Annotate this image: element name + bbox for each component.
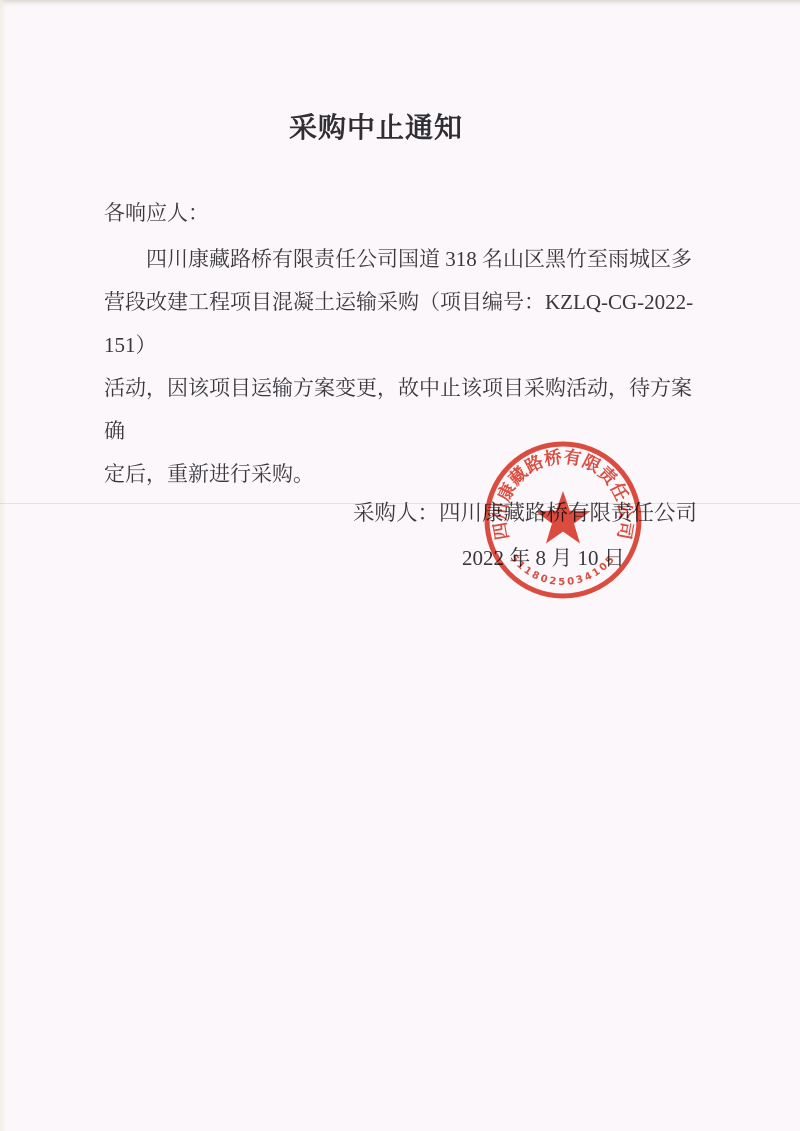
scanned-notice-page: 采购中止通知 各响应人： 四川康藏路桥有限责任公司国道 318 名山区黑竹至雨城… bbox=[0, 0, 800, 1131]
body-line-1: 四川康藏路桥有限责任公司国道 318 名山区黑竹至雨城区多 bbox=[104, 238, 708, 281]
company-seal-stamp: 四川康藏路桥有限责任公司 5118025034105 bbox=[473, 430, 653, 610]
salutation-line: 各响应人： bbox=[104, 192, 209, 235]
star-icon bbox=[535, 491, 590, 543]
scan-top-edge bbox=[0, 0, 800, 7]
body-line-2: 营段改建工程项目混凝土运输采购（项目编号：KZLQ-CG-2022-151） bbox=[104, 281, 708, 367]
scan-left-edge bbox=[0, 0, 6, 1131]
notice-title: 采购中止通知 bbox=[0, 112, 752, 146]
